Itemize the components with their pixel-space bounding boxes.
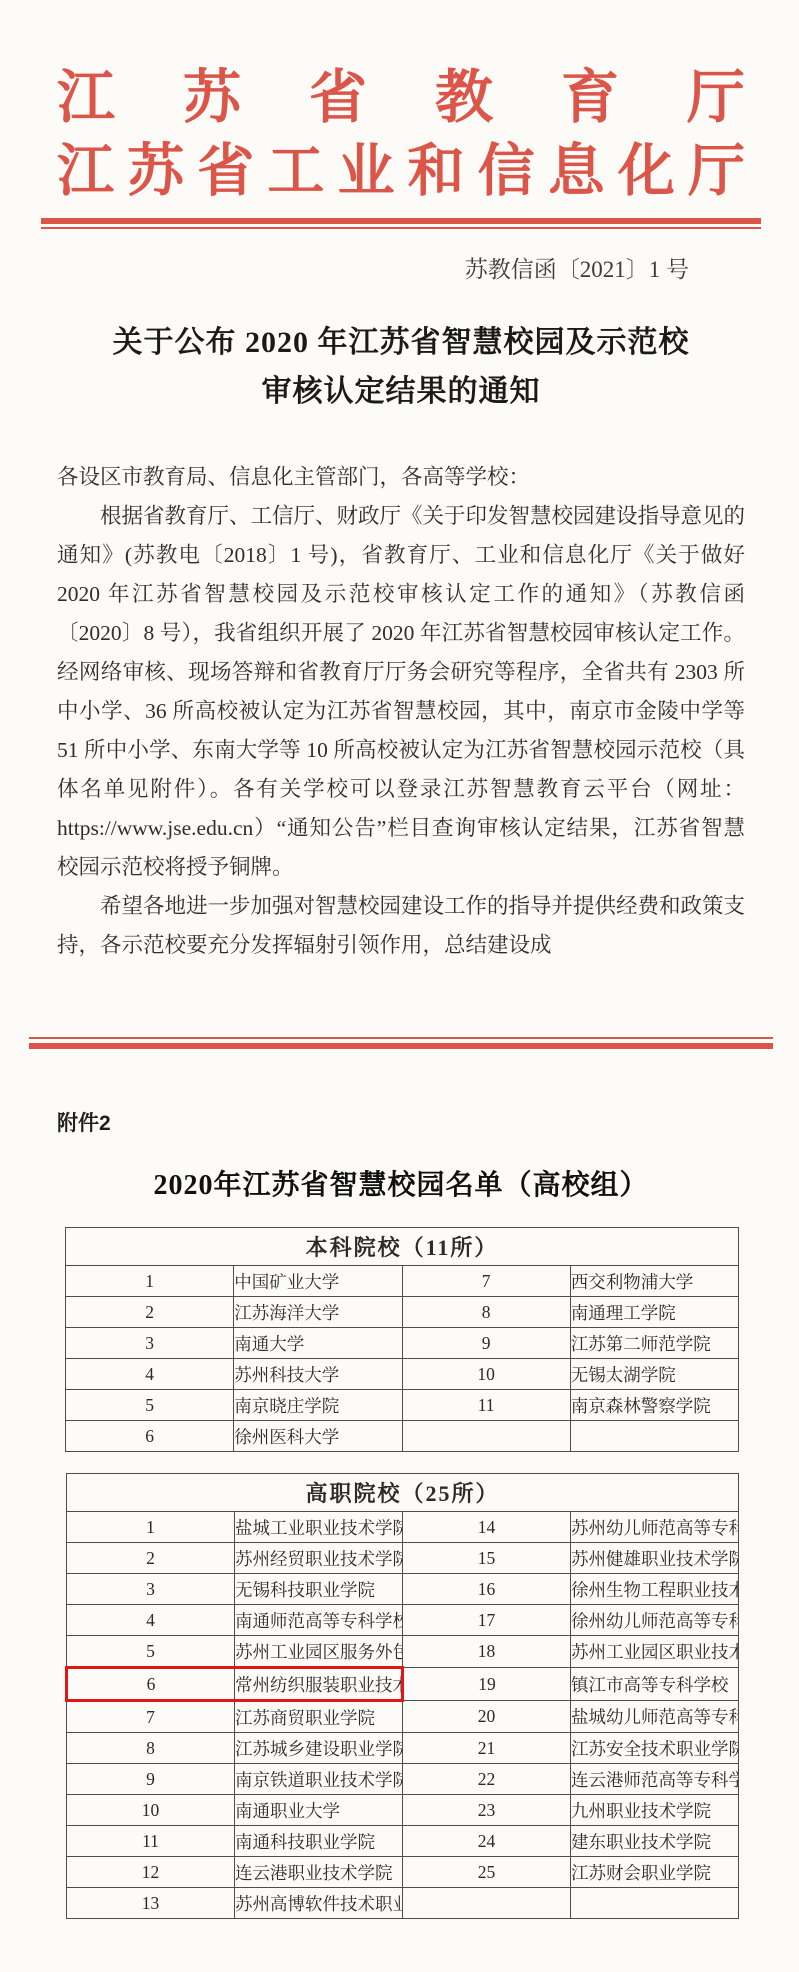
rank-cell: 21 (403, 1733, 571, 1764)
rank-cell: 7 (67, 1701, 235, 1733)
rank-cell: 10 (402, 1359, 570, 1390)
school-cell: 九州职业技术学院 (571, 1795, 739, 1826)
document-page: 江苏省教育厅 江苏省工业和信息化厅 苏教信函〔2021〕1 号 关于公布 202… (0, 0, 799, 1972)
rank-cell: 17 (403, 1605, 571, 1636)
table-row: 2 苏州经贸职业技术学院 15 苏州健雄职业技术学院 (67, 1543, 739, 1574)
school-cell: 无锡太湖学院 (570, 1359, 738, 1390)
school-cell: 徐州幼儿师范高等专科学校 (571, 1605, 739, 1636)
school-cell (570, 1421, 738, 1452)
rank-cell (403, 1888, 571, 1919)
school-cell: 江苏安全技术职业学院 (571, 1733, 739, 1764)
bachelor-schools-table: 本科院校（11所） 1 中国矿业大学 7 西交利物浦大学 2 江苏海洋大学 8 … (65, 1227, 739, 1452)
table-row: 12 连云港职业技术学院 25 江苏财会职业学院 (67, 1857, 739, 1888)
notice-title-line2: 审核认定结果的通知 (57, 367, 745, 416)
rank-cell: 14 (403, 1512, 571, 1543)
rank-cell: 10 (67, 1795, 235, 1826)
school-cell: 江苏第二师范学院 (570, 1328, 738, 1359)
school-cell: 连云港师范高等专科学校 (571, 1764, 739, 1795)
school-cell: 中国矿业大学 (234, 1266, 402, 1297)
table-group-header-row: 本科院校（11所） (66, 1228, 739, 1266)
rank-cell: 24 (403, 1826, 571, 1857)
page-separator-thin-line (29, 1037, 773, 1039)
rank-cell-highlighted: 6 (67, 1668, 235, 1701)
school-cell: 苏州经贸职业技术学院 (235, 1543, 403, 1574)
table-row: 11 南通科技职业学院 24 建东职业技术学院 (67, 1826, 739, 1857)
rank-cell: 12 (67, 1857, 235, 1888)
rank-cell: 9 (402, 1328, 570, 1359)
rank-cell: 13 (67, 1888, 235, 1919)
rank-cell: 6 (66, 1421, 234, 1452)
table-row: 1 中国矿业大学 7 西交利物浦大学 (66, 1266, 739, 1297)
table-row: 9 南京铁道职业技术学院 22 连云港师范高等专科学校 (67, 1764, 739, 1795)
notice-title-line1: 关于公布 2020 年江苏省智慧校园及示范校 (57, 318, 745, 367)
school-cell: 南京晓庄学院 (234, 1390, 402, 1421)
rank-cell: 3 (66, 1328, 234, 1359)
rank-cell: 5 (66, 1390, 234, 1421)
rank-cell: 1 (67, 1512, 235, 1543)
rank-cell: 15 (403, 1543, 571, 1574)
rank-cell: 11 (67, 1826, 235, 1857)
school-cell: 苏州工业园区服务外包职业学院 (235, 1636, 403, 1668)
rank-cell: 7 (402, 1266, 570, 1297)
school-cell: 建东职业技术学院 (571, 1826, 739, 1857)
table-row: 5 南京晓庄学院 11 南京森林警察学院 (66, 1390, 739, 1421)
school-cell: 苏州工业园区职业技术学院 (571, 1636, 739, 1668)
school-cell (571, 1888, 739, 1919)
school-cell: 苏州幼儿师范高等专科学校 (571, 1512, 739, 1543)
rank-cell: 1 (66, 1266, 234, 1297)
school-cell: 江苏财会职业学院 (571, 1857, 739, 1888)
school-cell: 徐州医科大学 (234, 1421, 402, 1452)
table-row: 2 江苏海洋大学 8 南通理工学院 (66, 1297, 739, 1328)
rank-cell: 4 (67, 1605, 235, 1636)
table-row-highlighted: 6 常州纺织服装职业技术学院 19 镇江市高等专科学校 (67, 1668, 739, 1701)
school-cell: 南京森林警察学院 (570, 1390, 738, 1421)
attachment-label: 附件2 (57, 1107, 745, 1137)
school-cell: 南通科技职业学院 (235, 1826, 403, 1857)
table-row: 10 南通职业大学 23 九州职业技术学院 (67, 1795, 739, 1826)
table-row: 4 苏州科技大学 10 无锡太湖学院 (66, 1359, 739, 1390)
issuing-org-line2: 江苏省工业和信息化厅 (57, 140, 745, 204)
rank-cell: 9 (67, 1764, 235, 1795)
school-cell: 西交利物浦大学 (570, 1266, 738, 1297)
rank-cell: 23 (403, 1795, 571, 1826)
table-row: 8 江苏城乡建设职业学院 21 江苏安全技术职业学院 (67, 1733, 739, 1764)
rank-cell: 2 (67, 1543, 235, 1574)
rank-cell: 3 (67, 1574, 235, 1605)
rank-cell: 5 (67, 1636, 235, 1668)
letterhead-divider (41, 218, 761, 229)
body-paragraph-2: 希望各地进一步加强对智慧校园建设工作的指导并提供经费和政策支持，各示范校要充分发… (57, 887, 745, 965)
letterhead: 江苏省教育厅 江苏省工业和信息化厅 苏教信函〔2021〕1 号 (57, 66, 745, 284)
school-cell: 江苏海洋大学 (234, 1297, 402, 1328)
issuing-org-line1: 江苏省教育厅 (57, 66, 745, 130)
rank-cell: 4 (66, 1359, 234, 1390)
school-cell: 盐城幼儿师范高等专科学校 (571, 1701, 739, 1733)
letterhead-divider-thin-line (41, 227, 761, 229)
school-cell: 南京铁道职业技术学院 (235, 1764, 403, 1795)
school-cell: 镇江市高等专科学校 (571, 1668, 739, 1701)
page-separator-thick-line (29, 1043, 773, 1049)
school-cell: 苏州科技大学 (234, 1359, 402, 1390)
school-cell: 连云港职业技术学院 (235, 1857, 403, 1888)
bachelor-group-header: 本科院校（11所） (66, 1228, 739, 1266)
school-cell-highlighted: 常州纺织服装职业技术学院 (235, 1668, 403, 1701)
vocational-group-header: 高职院校（25所） (67, 1474, 739, 1512)
letterhead-divider-thick-line (41, 218, 761, 224)
school-cell: 无锡科技职业学院 (235, 1574, 403, 1605)
rank-cell: 22 (403, 1764, 571, 1795)
rank-cell: 8 (67, 1733, 235, 1764)
table-row: 1 盐城工业职业技术学院 14 苏州幼儿师范高等专科学校 (67, 1512, 739, 1543)
school-cell: 南通职业大学 (235, 1795, 403, 1826)
school-cell: 徐州生物工程职业技术学院 (571, 1574, 739, 1605)
rank-cell: 18 (403, 1636, 571, 1668)
notice-body: 各设区市教育局、信息化主管部门，各高等学校： 根据省教育厅、工信厅、财政厅《关于… (57, 458, 745, 965)
vocational-schools-table: 高职院校（25所） 1 盐城工业职业技术学院 14 苏州幼儿师范高等专科学校 2… (65, 1473, 739, 1919)
page-separator (29, 1037, 773, 1049)
table-row: 3 南通大学 9 江苏第二师范学院 (66, 1328, 739, 1359)
notice-title: 关于公布 2020 年江苏省智慧校园及示范校 审核认定结果的通知 (57, 318, 745, 416)
school-cell: 江苏城乡建设职业学院 (235, 1733, 403, 1764)
table-row: 3 无锡科技职业学院 16 徐州生物工程职业技术学院 (67, 1574, 739, 1605)
school-cell: 南通理工学院 (570, 1297, 738, 1328)
school-cell: 南通大学 (234, 1328, 402, 1359)
table-row: 5 苏州工业园区服务外包职业学院 18 苏州工业园区职业技术学院 (67, 1636, 739, 1668)
table-group-header-row: 高职院校（25所） (67, 1474, 739, 1512)
rank-cell (402, 1421, 570, 1452)
attachment-list-title: 2020年江苏省智慧校园名单（高校组） (57, 1163, 745, 1203)
rank-cell: 20 (403, 1701, 571, 1733)
rank-cell: 19 (403, 1668, 571, 1701)
table-row: 7 江苏商贸职业学院 20 盐城幼儿师范高等专科学校 (67, 1701, 739, 1733)
rank-cell: 11 (402, 1390, 570, 1421)
rank-cell: 16 (403, 1574, 571, 1605)
body-paragraph-1: 根据省教育厅、工信厅、财政厅《关于印发智慧校园建设指导意见的通知》(苏教电〔20… (57, 497, 745, 887)
school-cell: 盐城工业职业技术学院 (235, 1512, 403, 1543)
school-cell: 江苏商贸职业学院 (235, 1701, 403, 1733)
rank-cell: 25 (403, 1857, 571, 1888)
rank-cell: 8 (402, 1297, 570, 1328)
document-number: 苏教信函〔2021〕1 号 (57, 251, 745, 284)
table-row: 4 南通师范高等专科学校 17 徐州幼儿师范高等专科学校 (67, 1605, 739, 1636)
rank-cell: 2 (66, 1297, 234, 1328)
school-cell: 南通师范高等专科学校 (235, 1605, 403, 1636)
table-row: 13 苏州高博软件技术职业学院 (67, 1888, 739, 1919)
school-cell: 苏州高博软件技术职业学院 (235, 1888, 403, 1919)
school-cell: 苏州健雄职业技术学院 (571, 1543, 739, 1574)
salutation: 各设区市教育局、信息化主管部门，各高等学校： (57, 458, 745, 497)
table-row: 6 徐州医科大学 (66, 1421, 739, 1452)
